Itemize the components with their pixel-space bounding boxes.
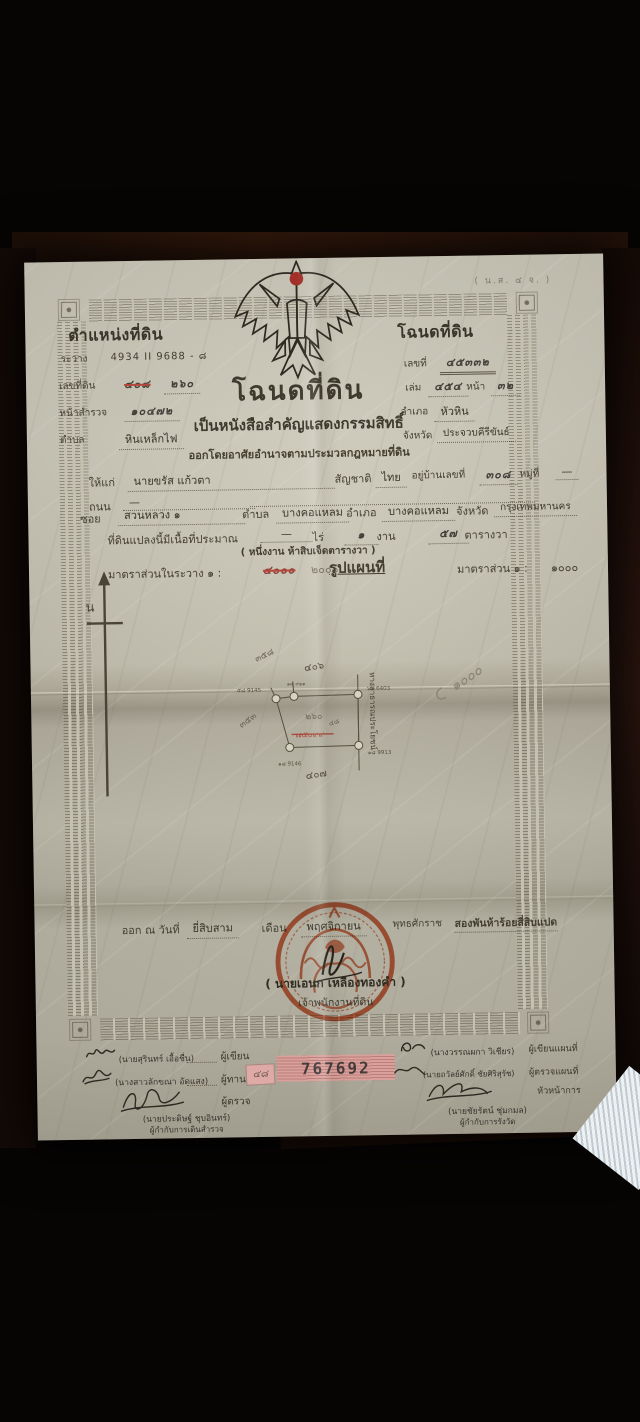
grant-province: กรุงเทพมหานคร	[494, 499, 577, 517]
north-arrow: น	[79, 571, 143, 804]
corner-rosette	[61, 302, 77, 318]
inspector-role: ผู้ตรวจ	[221, 1094, 250, 1109]
map-writer-role: ผู้เขียนแผนที่	[528, 1041, 577, 1056]
signature	[81, 1069, 113, 1086]
grant-tambon: บางคอแหลม	[276, 503, 349, 524]
survey-supervisor-role: ผู้กำกับการรังวัด	[418, 1114, 558, 1129]
north-label: น	[85, 601, 94, 616]
soi: สวนหลวง ๑	[118, 504, 245, 526]
land-deed-document: ( น.ส. ๔ จ. ) ตำแหน่งที่ดิน ระวาง 4934 I…	[24, 254, 617, 1141]
serial-number: 767692	[277, 1054, 395, 1082]
signature	[393, 1062, 427, 1079]
signature	[425, 1077, 495, 1104]
issue-day: ยี่สิบสาม	[186, 918, 239, 939]
boundary-marker: ๕๘ 9145	[237, 688, 262, 694]
corner-rosette	[519, 295, 535, 311]
officer-title: เจ้าพนักงานที่ดิน	[216, 992, 456, 1013]
issue-prefix: ออก ณ วันที่	[121, 920, 179, 939]
registration-book-stamp: ๔๘	[246, 1064, 274, 1084]
signature	[398, 1038, 426, 1054]
map-writer-name: (นางวรรณผกา วิเชียร)	[430, 1044, 514, 1059]
era-label: พุทธศักราช	[392, 916, 442, 932]
map-scale-value: ๑๐๐๐	[551, 558, 578, 576]
grantee-label: ให้แก่	[88, 473, 115, 491]
parcel-number-old: ๔๐๘	[118, 375, 157, 395]
position-tambon-label: ตำบล	[60, 433, 85, 448]
officer-name: ( นายเอนก เหลืองทองคำ )	[215, 972, 455, 995]
sketch-pencil-note: ๔๘	[328, 717, 340, 728]
map-scale-label: มาตราส่วน ๑ :	[457, 559, 528, 578]
writer-role: ผู้เขียน	[221, 1049, 250, 1064]
boundary-marker: ๑๘ 9146	[278, 761, 302, 767]
moo-label: หมู่ที่	[519, 467, 539, 482]
area-wa: ๕๗	[428, 524, 468, 545]
issue-year: สองพันห้าร้อยสี่สิบแปด	[454, 913, 557, 933]
deed-main-title: โฉนดที่ดิน	[158, 368, 439, 413]
parcel-number-in-sketch: ๒๖๐	[305, 712, 322, 722]
nationality: ไทย	[375, 468, 407, 488]
deed-title-right: โฉนดที่ดิน	[397, 320, 474, 346]
form-code: ( น.ส. ๔ จ. )	[474, 272, 551, 287]
proofreader-role: ผู้ทาน	[221, 1072, 246, 1087]
writer-name: (นายสุรินทร์ เอื้อชื่น)	[119, 1051, 195, 1066]
leader-dots	[187, 1073, 217, 1086]
survey-page-label: หน้าสำรวจ	[59, 405, 107, 421]
sketch-note-topleft: ๓๕๘	[253, 647, 275, 665]
house-no-label: อยู่บ้านเลขที่	[411, 468, 465, 484]
photo-of-land-title-deed: ( น.ส. ๔ จ. ) ตำแหน่งที่ดิน ระวาง 4934 I…	[0, 0, 640, 1422]
area-rai: —	[260, 527, 312, 543]
neighbor-parcel-bottom: ๔๐๗	[305, 768, 328, 782]
survey-officer-role: ผู้กำกับการเดินสำรวจ	[112, 1122, 262, 1137]
parcel-survey-sketch: ๓๕๘ ๔๐๖ ๕๘ 9145 ๑๗ ๙๑๑ ๖๙ 6403 ๒๖๐ ๔๘ ๗๕…	[228, 640, 485, 799]
sheet-number: 4934 II 9688 - ๘	[111, 349, 208, 366]
parcel-label: เลขที่ดิน	[59, 378, 96, 394]
map-figure-title: รูปแผนที่	[329, 555, 386, 580]
public-road-label: ทางสาธารณประโยชน์	[368, 672, 379, 750]
deed-number: ๔๕๓๓๒	[440, 352, 496, 375]
signature	[84, 1045, 116, 1062]
sheet-scale-old: ๔๐๐๐	[257, 560, 302, 580]
corner-rosette	[530, 1014, 546, 1030]
page: ๓๒	[491, 376, 520, 396]
area-intro: ที่ดินแปลงนี้มีเนื้อที่ประมาณ	[107, 529, 238, 549]
wa-label: ตารางวา	[464, 525, 507, 544]
microtext-border-right	[507, 315, 548, 1009]
corner-rosette	[72, 1022, 88, 1038]
boundary-marker: ๑๘ 9913	[368, 750, 392, 756]
soi-label: ซอย	[80, 509, 101, 527]
sheet-label: ระวาง	[61, 352, 88, 367]
neighbor-parcel-top: ๔๐๖	[303, 660, 324, 674]
section-head-role: หัวหน้าการ	[537, 1083, 581, 1098]
grant-amphoe-label: อำเภอ	[346, 503, 377, 521]
house-no: ๓๐๘	[479, 465, 517, 486]
sketch-note-left: ๓๕๓	[237, 711, 258, 730]
grant-amphoe: บางคอแหลม	[382, 501, 455, 522]
moo: —	[555, 465, 578, 480]
nationality-label: สัญชาติ	[334, 469, 371, 488]
ngan-label: งาน	[376, 527, 395, 545]
grant-tambon-label: ตำบล	[242, 505, 269, 523]
map-inspector-role: ผู้ตรวจแผนที่	[529, 1064, 579, 1079]
grantee-name: นายขรัส แก้วตา	[127, 469, 334, 492]
page-label: หน้า	[466, 379, 485, 394]
leader-dots	[187, 1050, 217, 1063]
grant-province-label: จังหวัด	[456, 501, 489, 520]
position-title: ตำแหน่งที่ดิน	[68, 322, 163, 348]
boundary-marker: ๑๗ ๙๑๑	[287, 681, 306, 687]
